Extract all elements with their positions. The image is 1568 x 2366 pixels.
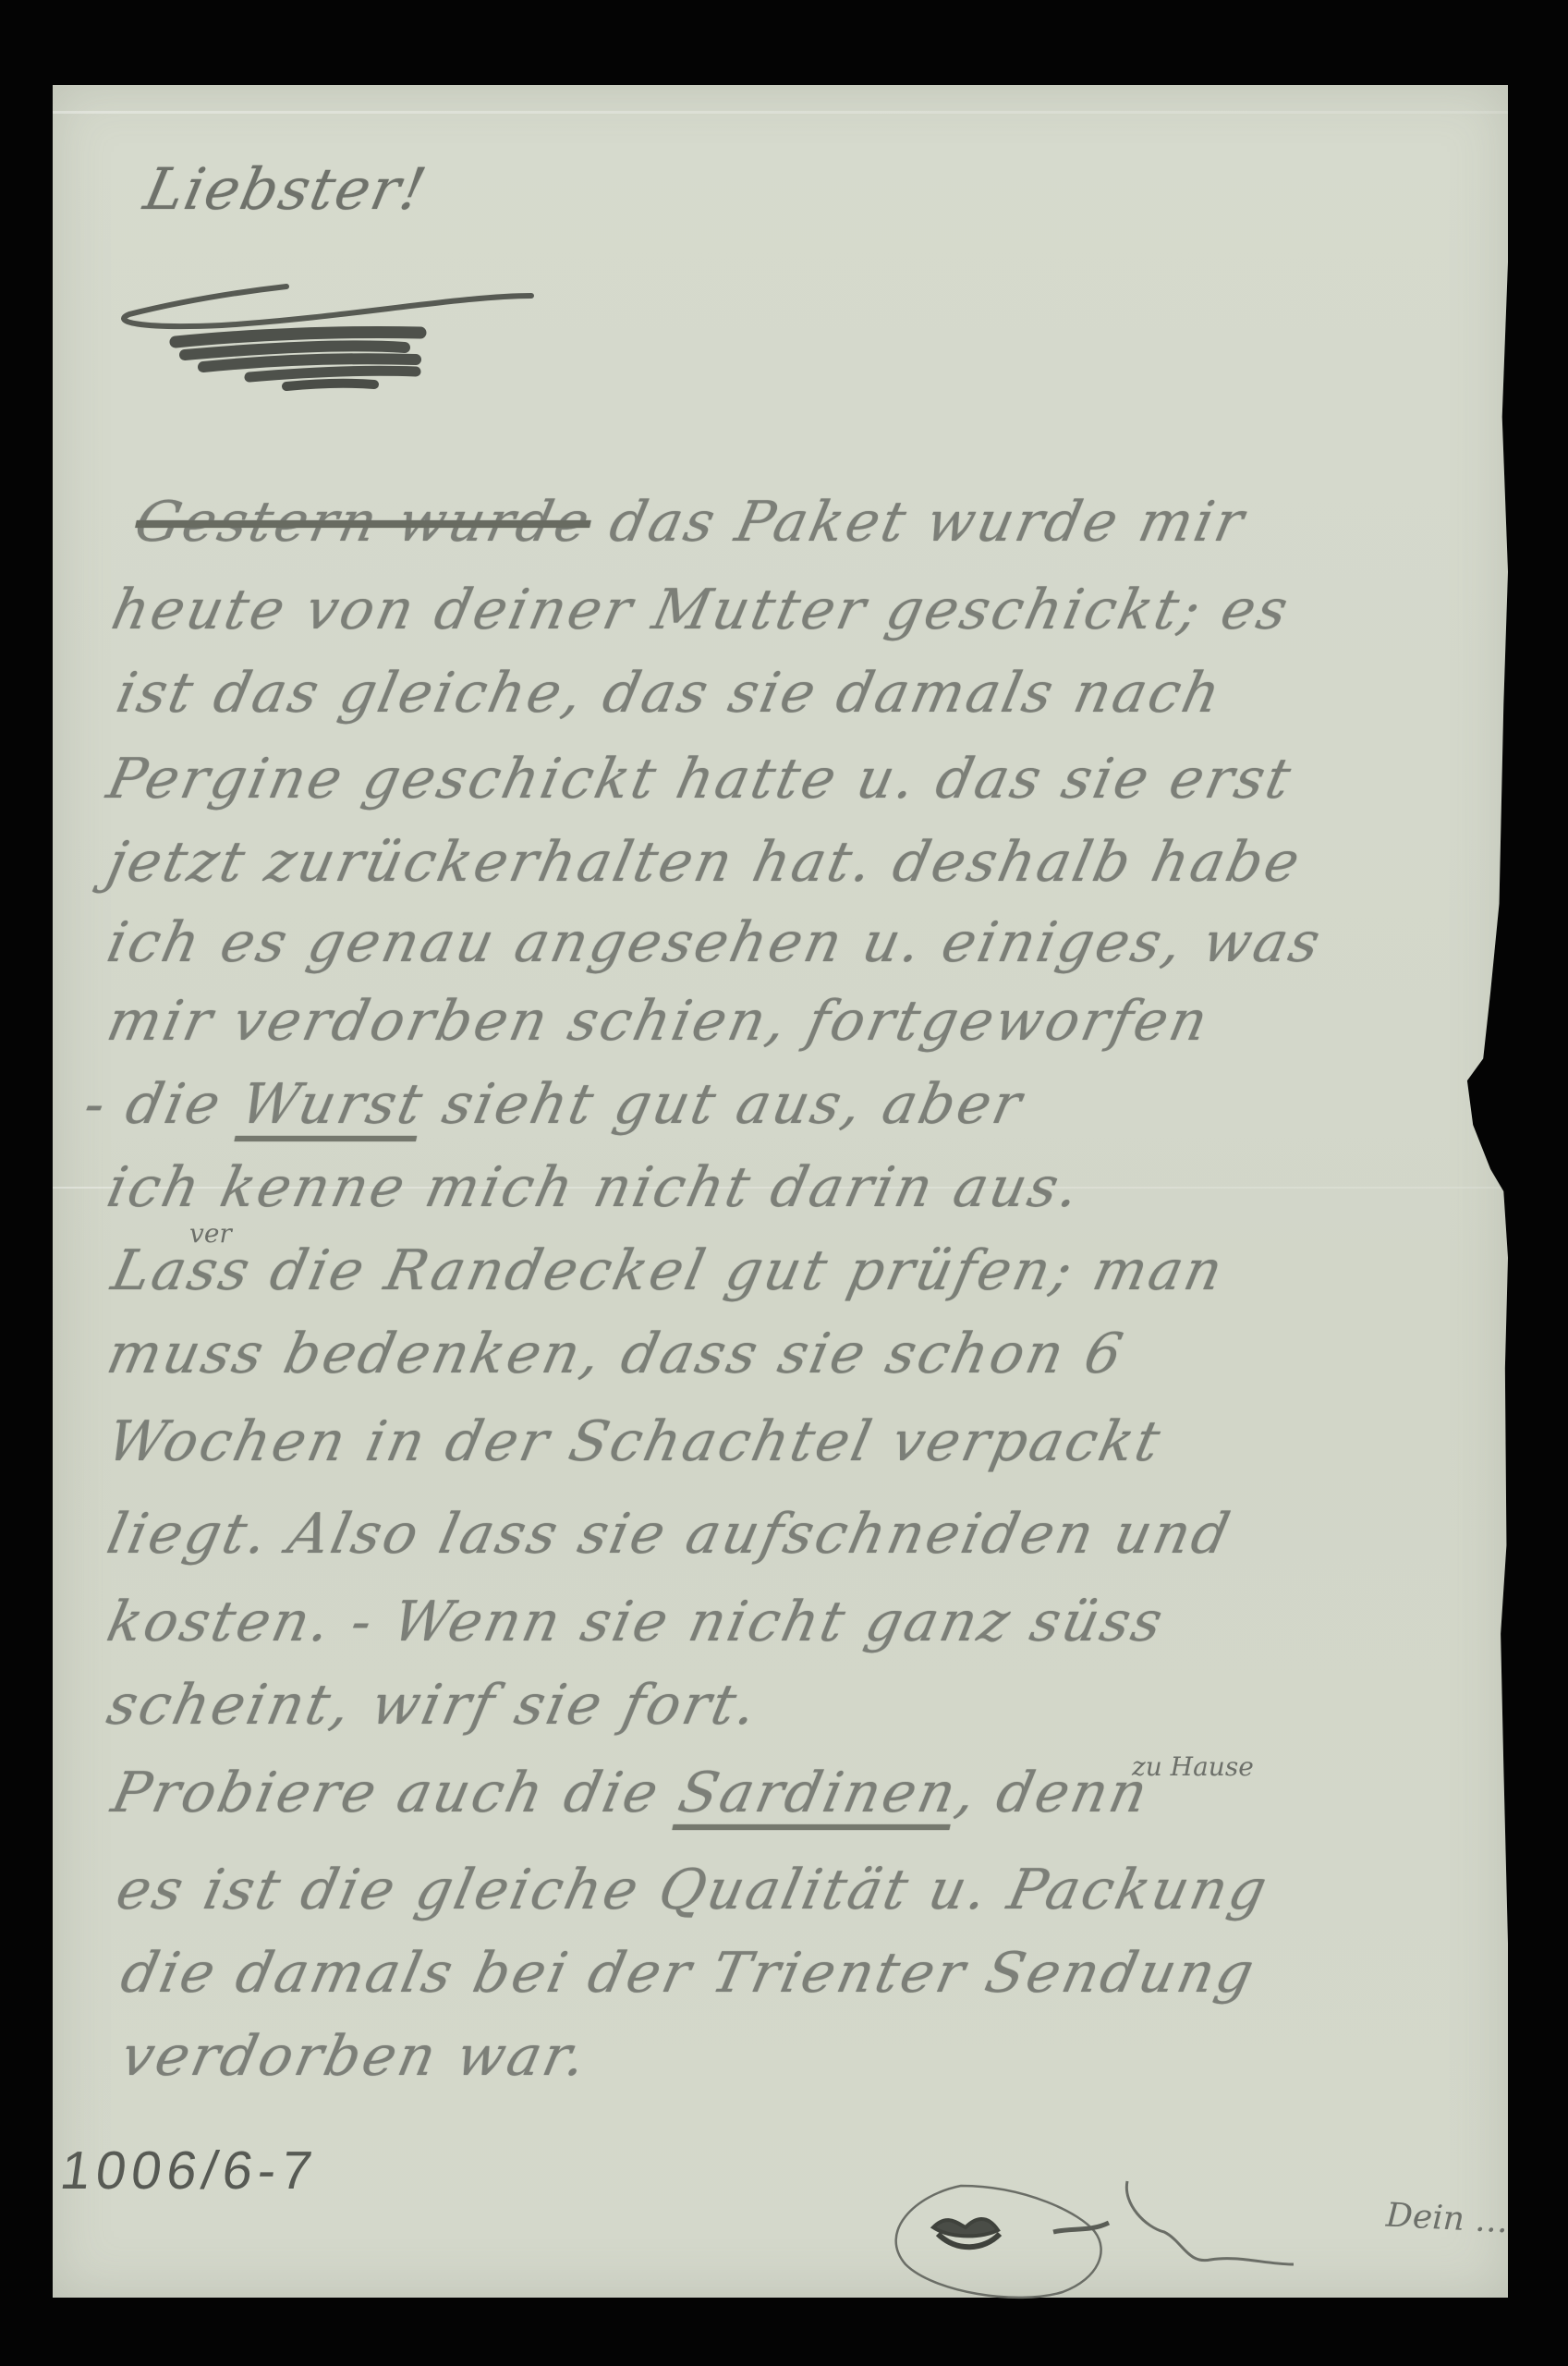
struck-out-word: Gestern wurde — [129, 490, 598, 555]
letter-signature: Dein … — [1385, 2197, 1509, 2241]
line-prefix: Probiere auch die — [106, 1761, 687, 1825]
letter-line-9: ich kenne mich nicht darin aus. — [102, 1155, 1088, 1220]
letter-line-17: es ist die gleiche Qualität u. Packung — [111, 1858, 1275, 1922]
letter-line-19: verdorben war. — [115, 2024, 594, 2089]
letter-line-18: die damals bei der Trienter Sendung — [115, 1941, 1262, 2006]
letter-line-1: Gestern wurde das Paket wurde mir — [129, 490, 1252, 555]
archive-number: 1006/6-7 — [56, 2140, 321, 2201]
letter-line-7: mir verdorben schien, fortgeworfen — [102, 989, 1216, 1054]
letter-line-16: Probiere auch die Sardinen, denn — [106, 1761, 1156, 1825]
letter-line-10: Lass die Randeckel gut prüfen; man — [106, 1238, 1231, 1303]
line-text: sieht gut aus, aber — [417, 1072, 1029, 1137]
line-text: das Paket wurde mir — [584, 490, 1252, 555]
line-text: , denn — [950, 1761, 1155, 1825]
letter-line-8: - die Wurst sieht gut aus, aber — [79, 1072, 1029, 1137]
underlined-word: Sardinen — [673, 1761, 964, 1825]
letter-line-13: liegt. Also lass sie aufschneiden und — [102, 1502, 1237, 1567]
letter-line-5: jetzt zurückerhalten hat. deshalb habe — [102, 830, 1307, 895]
letter-line-12: Wochen in der Schachtel verpackt — [102, 1409, 1168, 1474]
greeting-flourish-scribble — [111, 268, 591, 407]
letter-line-15: scheint, wirf sie fort. — [102, 1673, 765, 1738]
letter-greeting: Liebster! — [139, 155, 433, 223]
letter-line-14: kosten. - Wenn sie nicht ganz süss — [102, 1590, 1171, 1654]
paper-fold-top — [53, 111, 1508, 114]
line-prefix: - die — [79, 1072, 249, 1137]
kiss-doodle-icon — [878, 2177, 1395, 2306]
letter-line-4: Pergine geschickt hatte u. das sie erst — [102, 747, 1299, 811]
letter-line-6: ich es genau angesehen u. einiges, was — [102, 910, 1328, 975]
underlined-word: Wurst — [236, 1072, 431, 1137]
letter-line-3: ist das gleiche, das sie damals nach — [111, 661, 1228, 726]
letter-line-11: muss bedenken, dass sie schon 6 — [102, 1322, 1131, 1386]
letter-line-2: heute von deiner Mutter geschickt; es — [106, 578, 1295, 642]
